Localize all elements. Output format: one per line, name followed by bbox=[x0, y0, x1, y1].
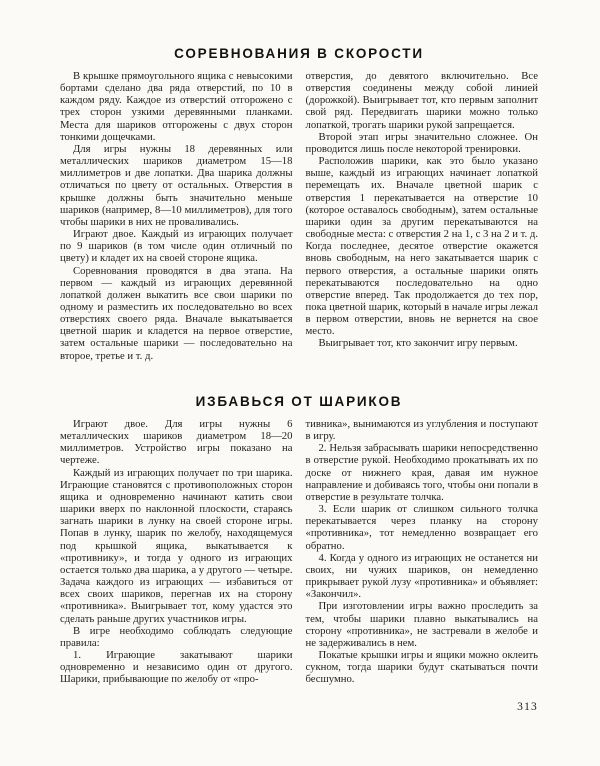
page-number: 313 bbox=[517, 701, 538, 713]
paragraph: 1. Играющие закатывают шарики одновремен… bbox=[60, 649, 293, 685]
paragraph: Играют двое. Для игры нужны 6 металличес… bbox=[60, 418, 293, 467]
section-title-speed-competitions: СОРЕВНОВАНИЯ В СКОРОСТИ bbox=[60, 0, 538, 61]
section1-left-column: В крышке прямоугольного ящика с невысоки… bbox=[60, 70, 293, 362]
paragraph: тивника», вынимаются из углубления и пос… bbox=[306, 418, 539, 442]
paragraph: Соревнования проводятся в два этапа. На … bbox=[60, 265, 293, 362]
section1-columns: В крышке прямоугольного ящика с невысоки… bbox=[60, 70, 538, 387]
paragraph: При изготовлении игры важно проследить з… bbox=[306, 600, 539, 649]
paragraph: Выигрывает тот, кто закончит игру первым… bbox=[306, 337, 539, 349]
section2-columns: Играют двое. Для игры нужны 6 металличес… bbox=[60, 418, 538, 685]
paragraph: 3. Если шарик от слишком сильного толчка… bbox=[306, 503, 539, 552]
paragraph: отверстия, до девятого включительно. Все… bbox=[306, 70, 539, 131]
paragraph: В крышке прямоугольного ящика с невысоки… bbox=[60, 70, 293, 143]
paragraph: Играют двое. Каждый из играющих получает… bbox=[60, 228, 293, 264]
paragraph: Расположив шарики, как это было указано … bbox=[306, 155, 539, 337]
book-page: СОРЕВНОВАНИЯ В СКОРОСТИ В крышке прямоуг… bbox=[0, 0, 600, 766]
paragraph: Покатые крышки игры и ящики можно оклеит… bbox=[306, 649, 539, 685]
section-speed-competitions: СОРЕВНОВАНИЯ В СКОРОСТИ В крышке прямоуг… bbox=[60, 0, 538, 387]
paragraph: Для игры нужны 18 деревянных или металли… bbox=[60, 143, 293, 228]
paragraph: Каждый из играющих получает по три шарик… bbox=[60, 467, 293, 625]
section2-right-column: тивника», вынимаются из углубления и пос… bbox=[306, 418, 539, 685]
paragraph: 2. Нельзя забрасывать шарики непосредств… bbox=[306, 442, 539, 503]
paragraph: Второй этап игры значительно сложнее. Он… bbox=[306, 131, 539, 155]
paragraph: В игре необходимо соблюдать следующие пр… bbox=[60, 625, 293, 649]
paragraph: 4. Когда у одного из играющих не останет… bbox=[306, 552, 539, 601]
section2-left-column: Играют двое. Для игры нужны 6 металличес… bbox=[60, 418, 293, 685]
section-title-get-rid-of-balls: ИЗБАВЬСЯ ОТ ШАРИКОВ bbox=[60, 387, 538, 409]
section-get-rid-of-balls: ИЗБАВЬСЯ ОТ ШАРИКОВ Играют двое. Для игр… bbox=[60, 387, 538, 685]
section1-right-column: отверстия, до девятого включительно. Все… bbox=[306, 70, 539, 350]
text-block: СОРЕВНОВАНИЯ В СКОРОСТИ В крышке прямоуг… bbox=[60, 0, 538, 685]
